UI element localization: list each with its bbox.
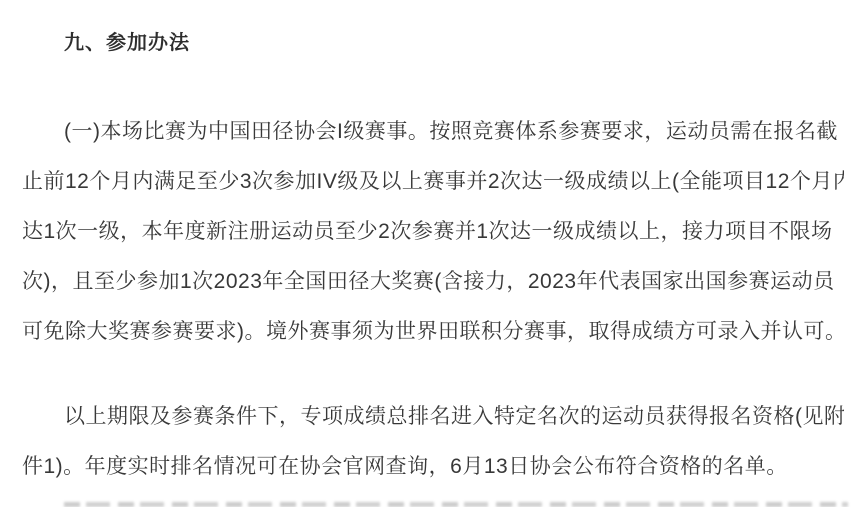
document-page: 九、参加办法 (一)本场比赛为中国田径协会I级赛事。按照竞赛体系参赛要求，运动员… — [0, 0, 852, 507]
paragraph-rules-line: 可免除大奖赛参赛要求)。境外赛事须为世界田联积分赛事，取得成绩方可录入并认可。 — [22, 307, 844, 357]
cutoff-next-line-artifact — [64, 502, 848, 507]
paragraph-rules-line: (一)本场比赛为中国田径协会I级赛事。按照竞赛体系参赛要求，运动员需在报名截 — [22, 107, 844, 157]
paragraph-ranking-line: 以上期限及参赛条件下，专项成绩总排名进入特定名次的运动员获得报名资格(见附 — [22, 392, 844, 442]
paragraph-rules: (一)本场比赛为中国田径协会I级赛事。按照竞赛体系参赛要求，运动员需在报名截 止… — [22, 107, 844, 357]
paragraph-ranking: 以上期限及参赛条件下，专项成绩总排名进入特定名次的运动员获得报名资格(见附 件1… — [22, 392, 844, 492]
section-heading: 九、参加办法 — [64, 30, 190, 56]
paragraph-rules-line: 止前12个月内满足至少3次参加IV级及以上赛事并2次达一级成绩以上(全能项目12… — [22, 157, 844, 207]
paragraph-rules-line: 达1次一级，本年度新注册运动员至少2次参赛并1次达一级成绩以上，接力项目不限场 — [22, 207, 844, 257]
paragraph-ranking-line: 件1)。年度实时排名情况可在协会官网查询，6月13日协会公布符合资格的名单。 — [22, 442, 844, 492]
paragraph-rules-line: 次)，且至少参加1次2023年全国田径大奖赛(含接力，2023年代表国家出国参赛… — [22, 257, 844, 307]
